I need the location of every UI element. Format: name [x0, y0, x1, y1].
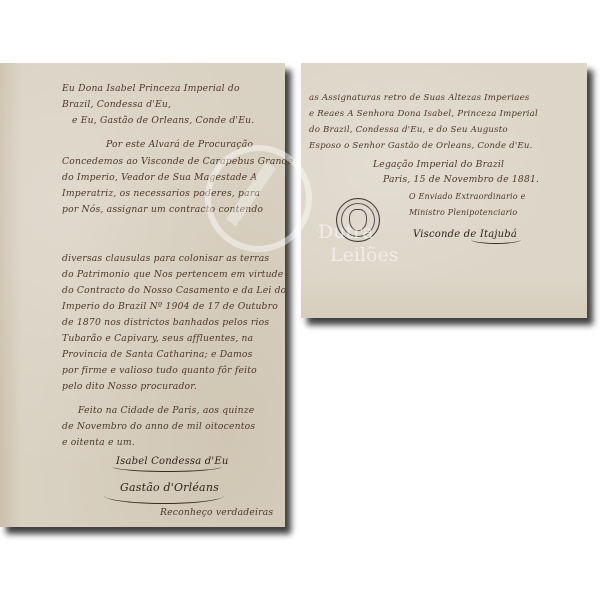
text-line: diversas clausulas para colonisar as ter… [62, 253, 269, 264]
text-line: e Eu, Gastão de Orleans, Conde d'Eu. [72, 115, 254, 126]
text-line: do Brazil, Condessa d'Eu, e do Seu Augus… [309, 125, 508, 135]
text-line: Eu Dona Isabel Princeza Imperial do [62, 83, 240, 94]
text-line: e oitenta e um. [62, 437, 135, 448]
document-page-right: as Assignaturas retro de Suas Altezas Im… [301, 63, 587, 318]
title-line: O Enviado Extraordinario e [409, 192, 526, 201]
text-line: de Novembro do anno de mil oitocentos [62, 421, 255, 432]
title-line: Ministro Plenipotenciario [409, 208, 517, 217]
signature-flourish [104, 487, 224, 504]
text-line: por firme e valioso tudo quanto fôr feit… [62, 365, 257, 376]
signature-flourish [471, 235, 521, 244]
text-line: Esposo o Senhor Gastão de Orleans, Conde… [309, 141, 533, 151]
text-line: do Contracto do Nosso Casamento e da Lei… [62, 285, 286, 296]
text-line: de 1870 nos districtos banhados pelos ri… [62, 317, 269, 328]
document-page-left: Eu Dona Isabel Princeza Imperial do Braz… [0, 63, 285, 527]
text-line: pelo dito Nosso procurador. [62, 381, 197, 392]
footer-note: Reconheço verdadeiras [160, 507, 273, 518]
legation-line: Legação Imperial do Brazil [373, 159, 504, 170]
text-line: as Assignaturas retro de Suas Altezas Im… [309, 93, 530, 103]
text-line: Feito na Cidade de Paris, aos quinze [78, 405, 254, 416]
text-line: Por este Alvará de Procuração [106, 139, 253, 150]
watermark-brand-line1: Dutra [318, 222, 374, 243]
text-line: e Reaes A Senhora Dona Isabel, Princeza … [309, 109, 538, 119]
text-line: Brazil, Condessa d'Eu, [62, 99, 171, 110]
text-line: Imperio do Brazil Nº 1904 de 17 de Outub… [62, 301, 278, 312]
text-line: do Patrimonio que Nos pertencem em virtu… [62, 269, 283, 280]
place-date-line: Paris, 15 de Novembro de 1881. [383, 174, 539, 185]
text-line: Tubarão e Capivary, seus affluentes, na [62, 333, 253, 344]
text-line: Provincia de Santa Catharina; e Damos [62, 349, 253, 360]
watermark-logo-icon [205, 145, 312, 252]
signature-flourish [112, 461, 222, 472]
watermark-brand-line2: Leilões [330, 245, 398, 266]
